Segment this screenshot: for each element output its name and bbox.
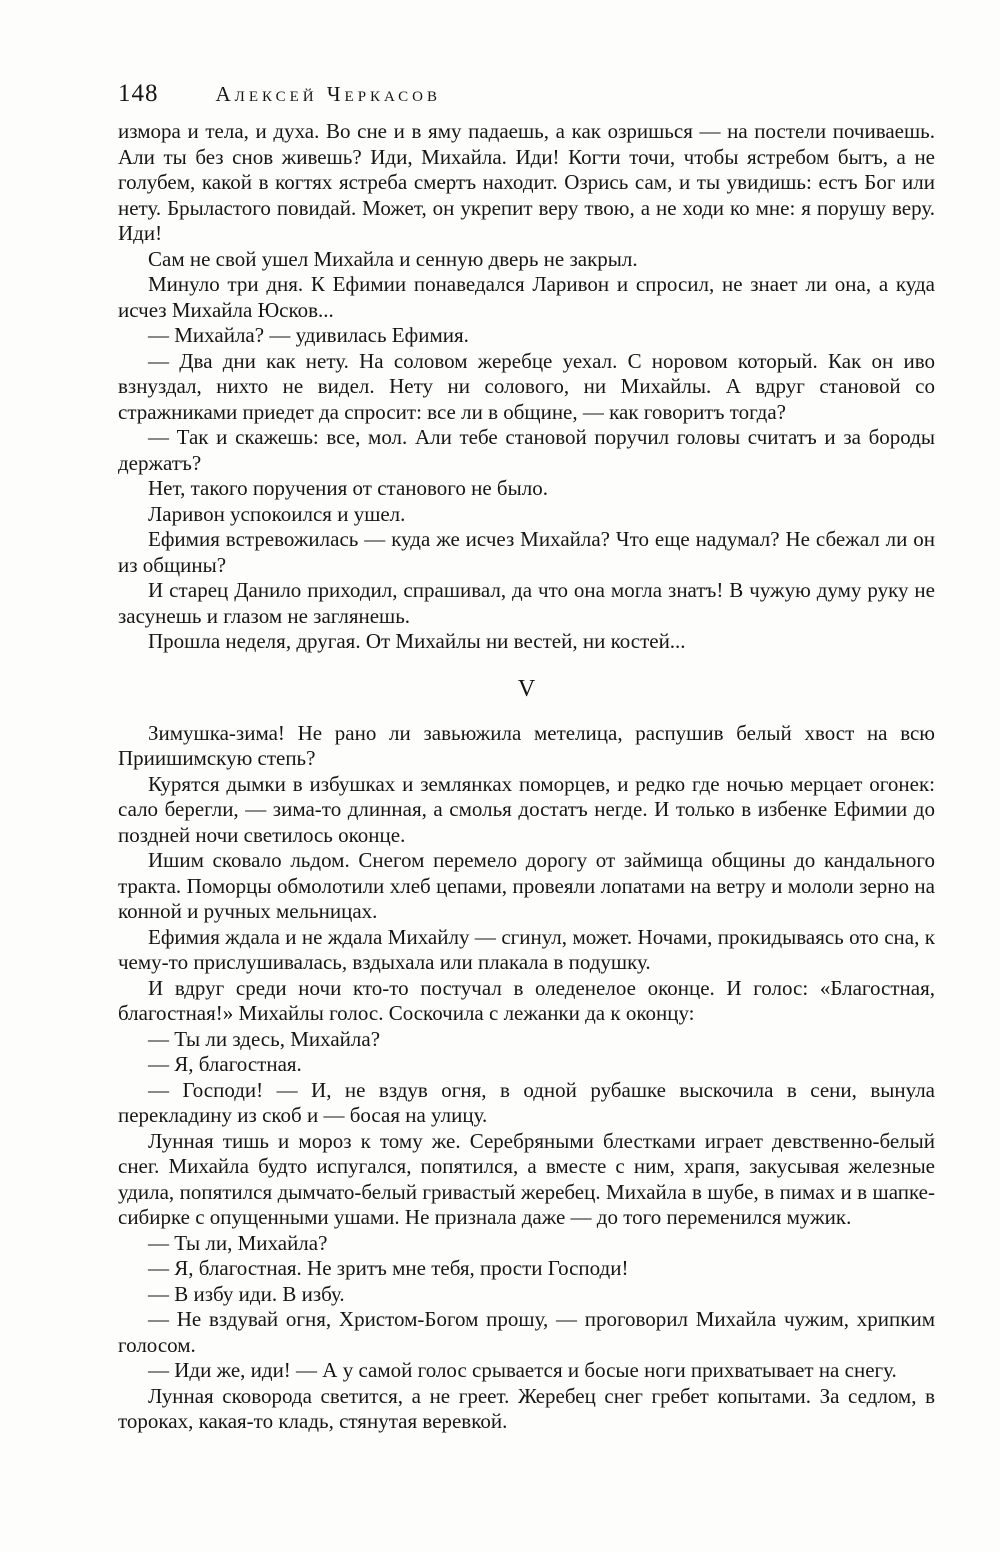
paragraph: Минуло три дня. К Ефимии понаведался Лар… <box>118 272 935 323</box>
paragraph: Ефимия ждала и не ждала Михайлу — сгинул… <box>118 925 935 976</box>
paragraph: — Я, благостная. Не зритъ мне тебя, прос… <box>118 1256 935 1282</box>
paragraph: — Я, благостная. <box>118 1052 935 1078</box>
paragraph: — Не вздувай огня, Христом-Богом прошу, … <box>118 1307 935 1358</box>
paragraph: Ефимия встревожилась — куда же исчез Мих… <box>118 527 935 578</box>
paragraph: Сам не свой ушел Михайла и сенную дверь … <box>118 247 935 273</box>
paragraph: — Так и скажешь: все, мол. Али тебе стан… <box>118 425 935 476</box>
book-page: 148 Алексей Черкасов измора и тела, и ду… <box>0 0 1000 1552</box>
paragraph: — Михайла? — удивилась Ефимия. <box>118 323 935 349</box>
paragraph: Прошла неделя, другая. От Михайлы ни вес… <box>118 629 935 655</box>
paragraph: — Господи! — И, не вздув огня, в одной р… <box>118 1078 935 1129</box>
paragraph: измора и тела, и духа. Во сне и в яму па… <box>118 119 935 247</box>
chapter-heading: V <box>118 676 935 702</box>
running-head-author: Алексей Черкасов <box>216 82 441 107</box>
paragraph: Лунная тишь и мороз к тому же. Серебряны… <box>118 1129 935 1231</box>
paragraph: Курятся дымки в избушках и землянках пом… <box>118 772 935 849</box>
paragraph: И вдруг среди ночи кто-то постучал в оле… <box>118 976 935 1027</box>
running-head: 148 Алексей Черкасов <box>118 80 935 108</box>
section-chapter-v: Зимушка-зима! Не рано ли завьюжила метел… <box>118 721 935 1435</box>
paragraph: — Ты ли здесь, Михайла? <box>118 1027 935 1053</box>
paragraph: — Иди же, иди! — А у самой голос срывает… <box>118 1358 935 1384</box>
paragraph: — В избу иди. В избу. <box>118 1282 935 1308</box>
paragraph: Ишим сковало льдом. Снегом перемело доро… <box>118 848 935 925</box>
section-continued-text: измора и тела, и духа. Во сне и в яму па… <box>118 119 935 655</box>
paragraph: Нет, такого поручения от станового не бы… <box>118 476 935 502</box>
paragraph: Зимушка-зима! Не рано ли завьюжила метел… <box>118 721 935 772</box>
paragraph: Ларивон успокоился и ушел. <box>118 502 935 528</box>
paragraph: Лунная сковорода светится, а не греет. Ж… <box>118 1384 935 1435</box>
paragraph: И старец Данило приходил, спрашивал, да … <box>118 578 935 629</box>
page-number: 148 <box>118 80 159 108</box>
paragraph: — Ты ли, Михайла? <box>118 1231 935 1257</box>
paragraph: — Два дни как нету. На соловом жеребце у… <box>118 349 935 426</box>
text-block: измора и тела, и духа. Во сне и в яму па… <box>118 119 935 1435</box>
